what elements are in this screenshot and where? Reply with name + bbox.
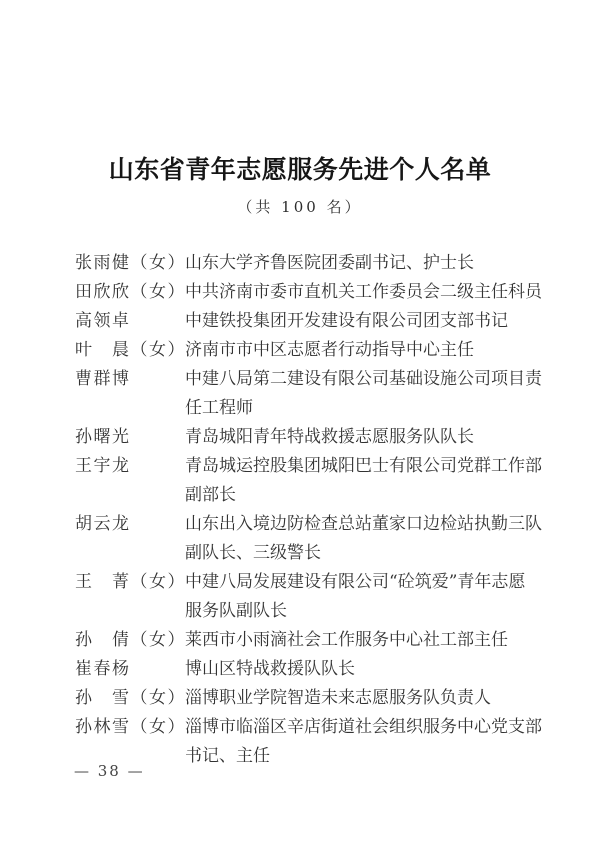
honoree-name: 张雨健（女） — [75, 249, 185, 278]
honoree-title-line: 淄博市临淄区辛店街道社会组织服务中心党支部 — [185, 713, 549, 742]
list-item: 崔春杨 博山区特战救援队队长 — [75, 655, 550, 684]
scanned-document-page: 山东省青年志愿服务先进个人名单 （共 100 名） 张雨健（女） 山东大学齐鲁医… — [0, 0, 600, 848]
list-item: 高领卓 中建铁投集团开发建设有限公司团支部书记 — [75, 307, 550, 336]
honoree-title-line: 中建铁投集团开发建设有限公司团支部书记 — [185, 307, 549, 336]
honoree-title-line: 服务队副队长 — [185, 597, 549, 626]
honoree-title: 青岛城阳青年特战救援志愿服务队队长 — [185, 423, 549, 452]
honoree-title-line: 青岛城运控股集团城阳巴士有限公司党群工作部 — [185, 452, 549, 481]
honoree-title-line: 副部长 — [185, 481, 549, 510]
honoree-title: 中建八局第二建设有限公司基础设施公司项目责任工程师 — [185, 365, 549, 423]
honoree-title-line: 济南市市中区志愿者行动指导中心主任 — [185, 336, 549, 365]
honoree-title: 莱西市小雨滴社会工作服务中心社工部主任 — [185, 626, 549, 655]
honoree-name: 孙 雪（女） — [75, 684, 185, 713]
list-item: 胡云龙 山东出入境边防检查总站董家口边检站执勤三队副队长、三级警长 — [75, 510, 550, 568]
honoree-title-line: 山东大学齐鲁医院团委副书记、护士长 — [185, 249, 549, 278]
honoree-title: 青岛城运控股集团城阳巴士有限公司党群工作部副部长 — [185, 452, 549, 510]
list-item: 孙曙光 青岛城阳青年特战救援志愿服务队队长 — [75, 423, 550, 452]
honoree-title-line: 中共济南市委市直机关工作委员会二级主任科员 — [185, 278, 549, 307]
honoree-name: 崔春杨 — [75, 655, 185, 684]
honoree-title: 中建铁投集团开发建设有限公司团支部书记 — [185, 307, 549, 336]
honoree-title: 山东大学齐鲁医院团委副书记、护士长 — [185, 249, 549, 278]
honoree-name: 胡云龙 — [75, 510, 185, 539]
list-item: 田欣欣（女） 中共济南市委市直机关工作委员会二级主任科员 — [75, 278, 550, 307]
page-subtitle: （共 100 名） — [0, 196, 600, 218]
page-title: 山东省青年志愿服务先进个人名单 — [0, 153, 600, 187]
honoree-title-line: 青岛城阳青年特战救援志愿服务队队长 — [185, 423, 549, 452]
honoree-title: 济南市市中区志愿者行动指导中心主任 — [185, 336, 549, 365]
honoree-title: 中共济南市委市直机关工作委员会二级主任科员 — [185, 278, 549, 307]
honoree-list: 张雨健（女） 山东大学齐鲁医院团委副书记、护士长 田欣欣（女） 中共济南市委市直… — [75, 249, 550, 771]
honoree-name: 孙林雪（女） — [75, 713, 185, 742]
list-item: 孙 雪（女） 淄博职业学院智造未来志愿服务队负责人 — [75, 684, 550, 713]
honoree-title: 中建八局发展建设有限公司“砼筑爱”青年志愿服务队副队长 — [185, 568, 549, 626]
honoree-name: 孙 倩（女） — [75, 626, 185, 655]
honoree-name: 高领卓 — [75, 307, 185, 336]
honoree-title: 博山区特战救援队队长 — [185, 655, 549, 684]
honoree-title-line: 莱西市小雨滴社会工作服务中心社工部主任 — [185, 626, 549, 655]
honoree-title: 淄博市临淄区辛店街道社会组织服务中心党支部书记、主任 — [185, 713, 549, 771]
honoree-name: 孙曙光 — [75, 423, 185, 452]
honoree-name: 王宇龙 — [75, 452, 185, 481]
honoree-name: 曹群博 — [75, 365, 185, 394]
list-item: 王宇龙 青岛城运控股集团城阳巴士有限公司党群工作部副部长 — [75, 452, 550, 510]
list-item: 叶 晨（女） 济南市市中区志愿者行动指导中心主任 — [75, 336, 550, 365]
honoree-title-line: 中建八局第二建设有限公司基础设施公司项目责 — [185, 365, 549, 394]
honoree-name: 田欣欣（女） — [75, 278, 185, 307]
list-item: 张雨健（女） 山东大学齐鲁医院团委副书记、护士长 — [75, 249, 550, 278]
honoree-title: 山东出入境边防检查总站董家口边检站执勤三队副队长、三级警长 — [185, 510, 549, 568]
honoree-name: 叶 晨（女） — [75, 336, 185, 365]
honoree-title-line: 博山区特战救援队队长 — [185, 655, 549, 684]
honoree-name: 王 菁（女） — [75, 568, 185, 597]
honoree-title-line: 中建八局发展建设有限公司“砼筑爱”青年志愿 — [185, 568, 549, 597]
page-number: — 38 — — [74, 761, 145, 781]
honoree-title-line: 淄博职业学院智造未来志愿服务队负责人 — [185, 684, 549, 713]
list-item: 孙 倩（女） 莱西市小雨滴社会工作服务中心社工部主任 — [75, 626, 550, 655]
list-item: 孙林雪（女） 淄博市临淄区辛店街道社会组织服务中心党支部书记、主任 — [75, 713, 550, 771]
honoree-title-line: 副队长、三级警长 — [185, 539, 549, 568]
honoree-title-line: 山东出入境边防检查总站董家口边检站执勤三队 — [185, 510, 549, 539]
list-item: 王 菁（女） 中建八局发展建设有限公司“砼筑爱”青年志愿服务队副队长 — [75, 568, 550, 626]
honoree-title: 淄博职业学院智造未来志愿服务队负责人 — [185, 684, 549, 713]
honoree-title-line: 任工程师 — [185, 394, 549, 423]
list-item: 曹群博 中建八局第二建设有限公司基础设施公司项目责任工程师 — [75, 365, 550, 423]
honoree-title-line: 书记、主任 — [185, 742, 549, 771]
